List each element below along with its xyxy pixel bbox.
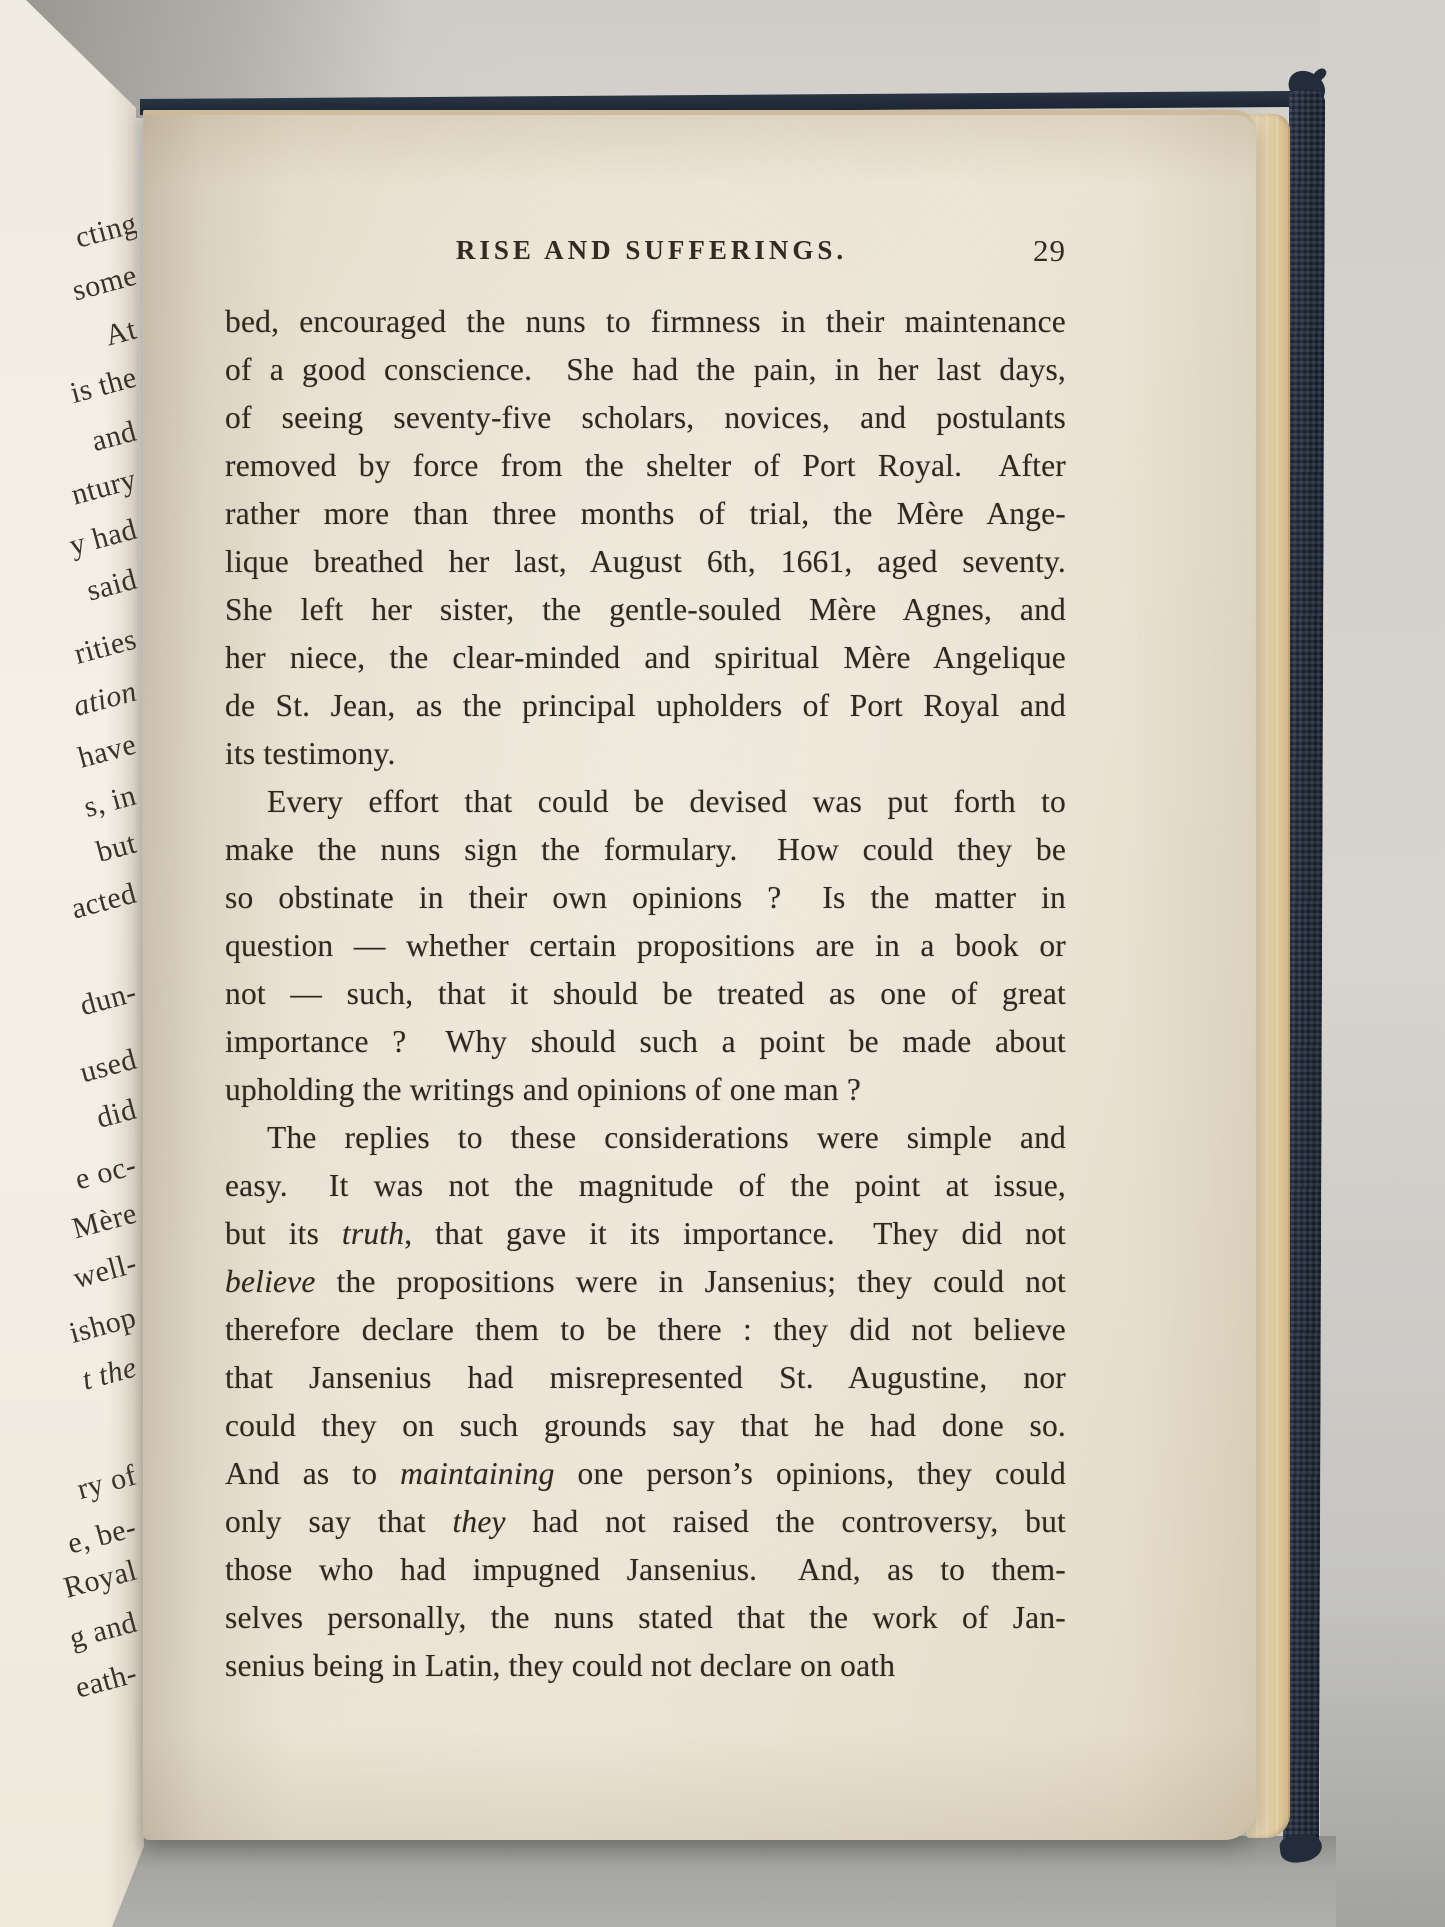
text-line: lique breathed her last, August 6th, 166… xyxy=(225,538,1066,586)
text-line: that Jansenius had misrepresented St. Au… xyxy=(225,1354,1066,1402)
text-line: its testimony. xyxy=(225,730,1066,778)
text-line: but its truth, that gave it its importan… xyxy=(225,1210,1066,1258)
text-line: bed, encouraged the nuns to firmness in … xyxy=(225,298,1066,346)
facing-page-sliver: ctingsomeAtis theandnturyy hadsaidrities… xyxy=(0,0,152,1927)
text-line: senius being in Latin, they could not de… xyxy=(225,1642,1066,1690)
text-line: of seeing seventy-five scholars, novices… xyxy=(225,394,1066,442)
text-line: make the nuns sign the formulary. How co… xyxy=(225,826,1066,874)
text-line: rather more than three months of trial, … xyxy=(225,490,1066,538)
text-line: only say that they had not raised the co… xyxy=(225,1498,1066,1546)
text-line: question — whether certain propositions … xyxy=(225,922,1066,970)
text-line: upholding the writings and opinions of o… xyxy=(225,1066,1066,1114)
text-line: so obstinate in their own opinions ? Is … xyxy=(225,874,1066,922)
background-right xyxy=(1320,0,1445,1927)
text-line: of a good conscience. She had the pain, … xyxy=(225,346,1066,394)
page-number: 29 xyxy=(1033,233,1066,269)
text-line: importance ? Why should such a point be … xyxy=(225,1018,1066,1066)
background-shadow-below-book xyxy=(0,1836,1336,1927)
text-line: de St. Jean, as the principal upholders … xyxy=(225,682,1066,730)
text-line: could they on such grounds say that he h… xyxy=(225,1402,1066,1450)
text-line: believe the propositions were in Janseni… xyxy=(225,1258,1066,1306)
text-line: therefore declare them to be there : the… xyxy=(225,1306,1066,1354)
text-line: She left her sister, the gentle-souled M… xyxy=(225,586,1066,634)
text-line: The replies to these considerations were… xyxy=(225,1114,1066,1162)
text-line: Every effort that could be devised was p… xyxy=(225,778,1066,826)
book-photo: { "scene": { "background_color": "#d6d3c… xyxy=(0,0,1445,1927)
text-line: easy. It was not the magnitude of the po… xyxy=(225,1162,1066,1210)
book-page: RISE AND SUFFERINGS. 29 bed, encouraged … xyxy=(143,110,1256,1840)
body-text: bed, encouraged the nuns to firmness in … xyxy=(225,298,1066,1690)
text-line: removed by force from the shelter of Por… xyxy=(225,442,1066,490)
text-line: not — such, that it should be treated as… xyxy=(225,970,1066,1018)
text-line: her niece, the clear-minded and spiritua… xyxy=(225,634,1066,682)
text-line: selves personally, the nuns stated that … xyxy=(225,1594,1066,1642)
running-header: RISE AND SUFFERINGS. xyxy=(177,235,1126,266)
text-line: And as to maintaining one person’s opini… xyxy=(225,1450,1066,1498)
text-line: those who had impugned Jansenius. And, a… xyxy=(225,1546,1066,1594)
